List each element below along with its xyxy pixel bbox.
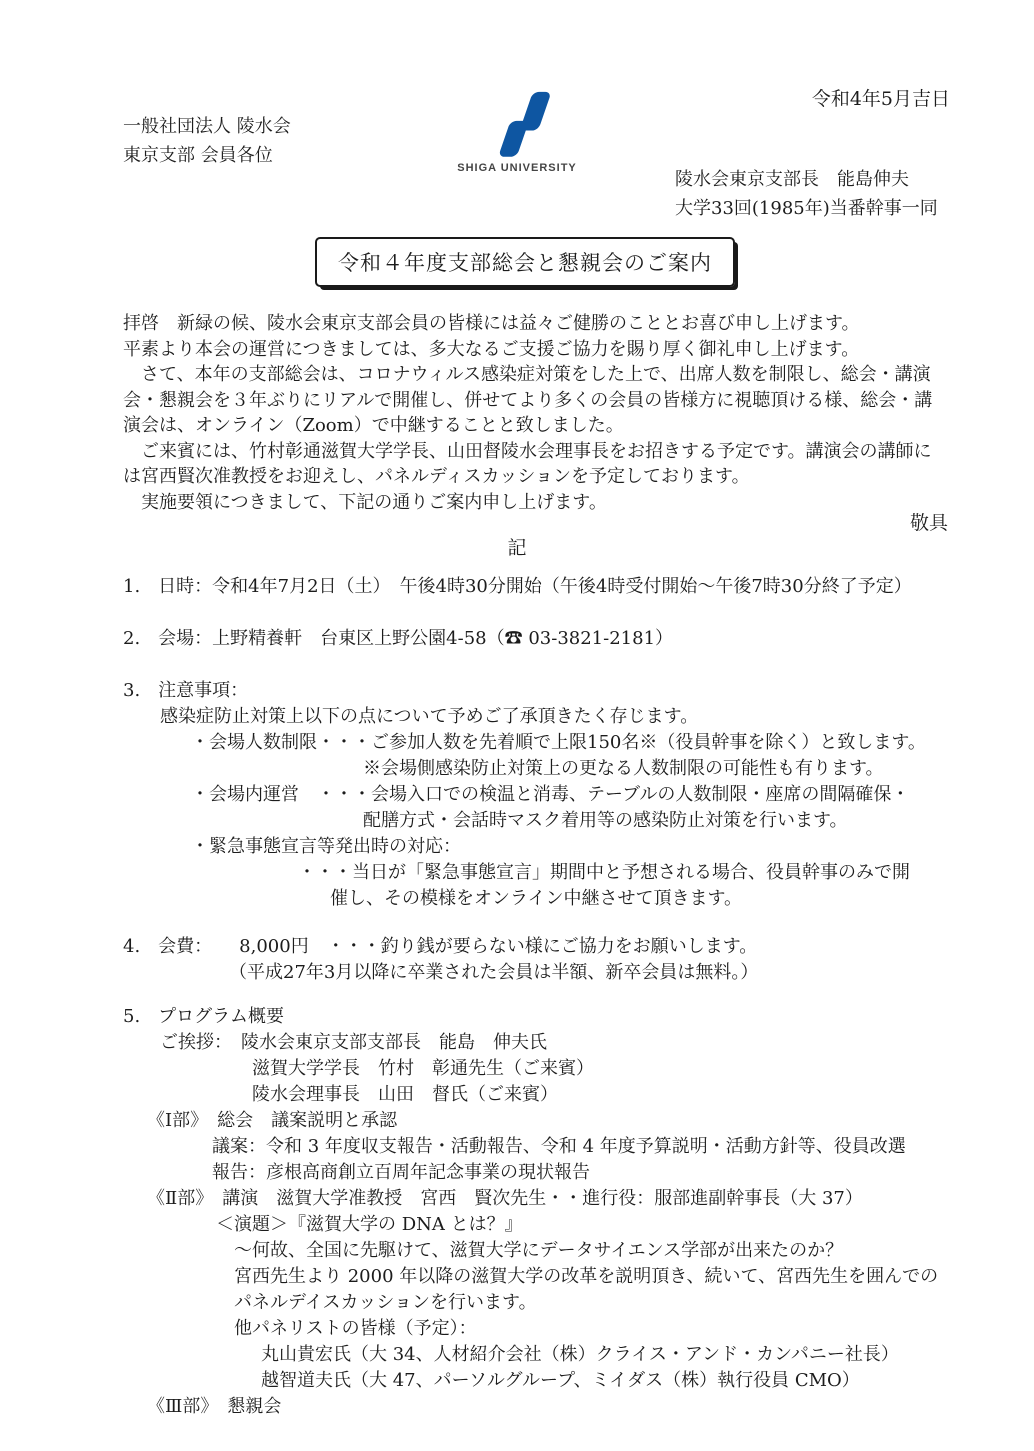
item-3-precautions: 3. 注意事項：: [123, 678, 1003, 704]
document-page: 令和4年5月吉日 一般社団法人 陵水会 東京支部 会員各位 SHIGA UNIV…: [0, 0, 1034, 1451]
speaker-university-president: 滋賀大学学長 竹村 彰通先生（ご来賓）: [252, 1056, 1003, 1082]
record-marker: 記: [0, 533, 1034, 560]
item-5-program: 5. プログラム概要: [123, 1004, 1003, 1030]
precaution-intro: 感染症防止対策上以下の点について予めご了承頂きたく存じます。: [160, 704, 1003, 730]
fee-note: （平成27年3月以降に卒業された会員は半額、新卒会員は無料。）: [229, 960, 1003, 986]
doc-line: 実施要領につきまして、下記の通りご案内申し上げます。: [123, 490, 983, 516]
doc-line: さて、本年の支部総会は、コロナウィルス感染症対策をした上で、出席人数を制限し、総…: [123, 362, 983, 388]
item-4-fee: 4. 会費： 8,000円 ・・・釣り銭が要らない様にご協力をお願いします。: [123, 934, 1003, 960]
item-1-datetime: 1. 日時：令和4年7月2日（土） 午後4時30分開始（午後4時受付開始～午後7…: [123, 574, 1003, 600]
doc-line: 演会は、オンライン（Zoom）で中継することと致しました。: [123, 413, 983, 439]
panelists-heading: 他パネリストの皆様（予定）：: [234, 1316, 1003, 1342]
doc-line: ご来賓には、竹村彰通滋賀大学学長、山田督陵水会理事長をお招きする予定です。講演会…: [123, 439, 983, 465]
part1-heading: 《Ⅰ部》 総会 議案説明と承認: [147, 1108, 1003, 1134]
sender-line: 大学33回(1985年)当番幹事一同: [675, 194, 938, 223]
speaker-chairman: 陵水会理事長 山田 督氏（ご来賓）: [252, 1082, 1003, 1108]
emergency-response-cont: 催し、その模様をオンライン中継させて頂きます。: [330, 886, 1003, 912]
program-greetings: ご挨拶： 陵水会東京支部支部長 能島 伸夫氏: [160, 1030, 1003, 1056]
lecture-description: 宮西先生より 2000 年以降の滋賀大学の改革を説明頂き、続いて、宮西先生を囲ん…: [234, 1264, 1003, 1290]
part2-heading: 《Ⅱ部》 講演 滋賀大学准教授 宮西 賢次先生・・進行役：服部進副幹事長（大 3…: [147, 1186, 1003, 1212]
doc-line: 平素より本会の運営につきましては、多大なるご支援ご協力を賜り厚く御礼申し上げます…: [123, 337, 983, 363]
recipient-block: 一般社団法人 陵水会 東京支部 会員各位: [123, 112, 291, 170]
item-2-venue: 2. 会場：上野精養軒 台東区上野公園4-58（☎ 03-3821-2181）: [123, 626, 1003, 652]
capacity-limit-note: ※会場側感染防止対策上の更なる人数制限の可能性も有ります。: [363, 756, 1003, 782]
bullet-capacity-limit: ・会場人数制限・・・ご参加人数を先着順で上限150名※（役員幹事を除く）と致しま…: [191, 730, 1003, 756]
shiga-university-logo: SHIGA UNIVERSITY: [452, 90, 582, 174]
doc-line: は宮西賢次准教授をお迎えし、パネルディスカッションを予定しております。: [123, 464, 983, 490]
part3-heading: 《Ⅲ部》 懇親会: [147, 1394, 1003, 1420]
notice-body: 1. 日時：令和4年7月2日（土） 午後4時30分開始（午後4時受付開始～午後7…: [123, 574, 1003, 1420]
recipient-line: 一般社団法人 陵水会: [123, 112, 291, 141]
lecture-title: ＜演題＞『滋賀大学の DNA とは？』: [216, 1212, 1003, 1238]
panelist-ochi: 越智道夫氏（大 47、パーソルグループ、ミイダス（株）執行役員 CMO）: [261, 1368, 1003, 1394]
bullet-venue-operation: ・会場内運営 ・・・会場入口での検温と消毒、テーブルの人数制限・座席の間隔確保・: [191, 782, 1003, 808]
recipient-line: 東京支部 会員各位: [123, 141, 291, 170]
greeting-block: 拝啓 新緑の候、陵水会東京支部会員の皆様には益々ご健勝のこととお喜び申し上げます…: [123, 311, 983, 515]
part1-report: 報告：彦根高商創立百周年記念事業の現状報告: [212, 1160, 1003, 1186]
sender-block: 陵水会東京支部長 能島伸夫 大学33回(1985年)当番幹事一同: [675, 165, 938, 223]
closing-keigu: 敬具: [910, 508, 948, 535]
document-title-box: 令和４年度支部総会と懇親会のご案内: [315, 237, 735, 287]
part1-agenda: 議案：令和 3 年度収支報告・活動報告、令和 4 年度予算説明・活動方針等、役員…: [212, 1134, 1003, 1160]
logo-wordmark: SHIGA UNIVERSITY: [452, 162, 582, 174]
document-title: 令和４年度支部総会と懇親会のご案内: [338, 247, 712, 277]
doc-line: 拝啓 新緑の候、陵水会東京支部会員の皆様には益々ご健勝のこととお喜び申し上げます…: [123, 311, 983, 337]
sender-line: 陵水会東京支部長 能島伸夫: [675, 165, 938, 194]
document-date: 令和4年5月吉日: [812, 84, 950, 111]
bullet-emergency-response: ・緊急事態宣言等発出時の対応：: [191, 834, 1003, 860]
emergency-response-note: ・・・当日が「緊急事態宣言」期間中と予想される場合、役員幹事のみで開: [298, 860, 1003, 886]
panelist-maruyama: 丸山貴宏氏（大 34、人材紹介会社（株）クライス・アンド・カンパニー社長）: [261, 1342, 1003, 1368]
shiga-university-mark-icon: [479, 90, 555, 160]
venue-operation-cont: 配膳方式・会話時マスク着用等の感染防止対策を行います。: [363, 808, 1003, 834]
doc-line: 会・懇親会を３年ぶりにリアルで開催し、併せてより多くの会員の皆様方に視聴頂ける様…: [123, 388, 983, 414]
lecture-question: ～何故、全国に先駆けて、滋賀大学にデータサイエンス学部が出来たのか？: [234, 1238, 1003, 1264]
lecture-description-cont: パネルデイスカッションを行います。: [234, 1290, 1003, 1316]
